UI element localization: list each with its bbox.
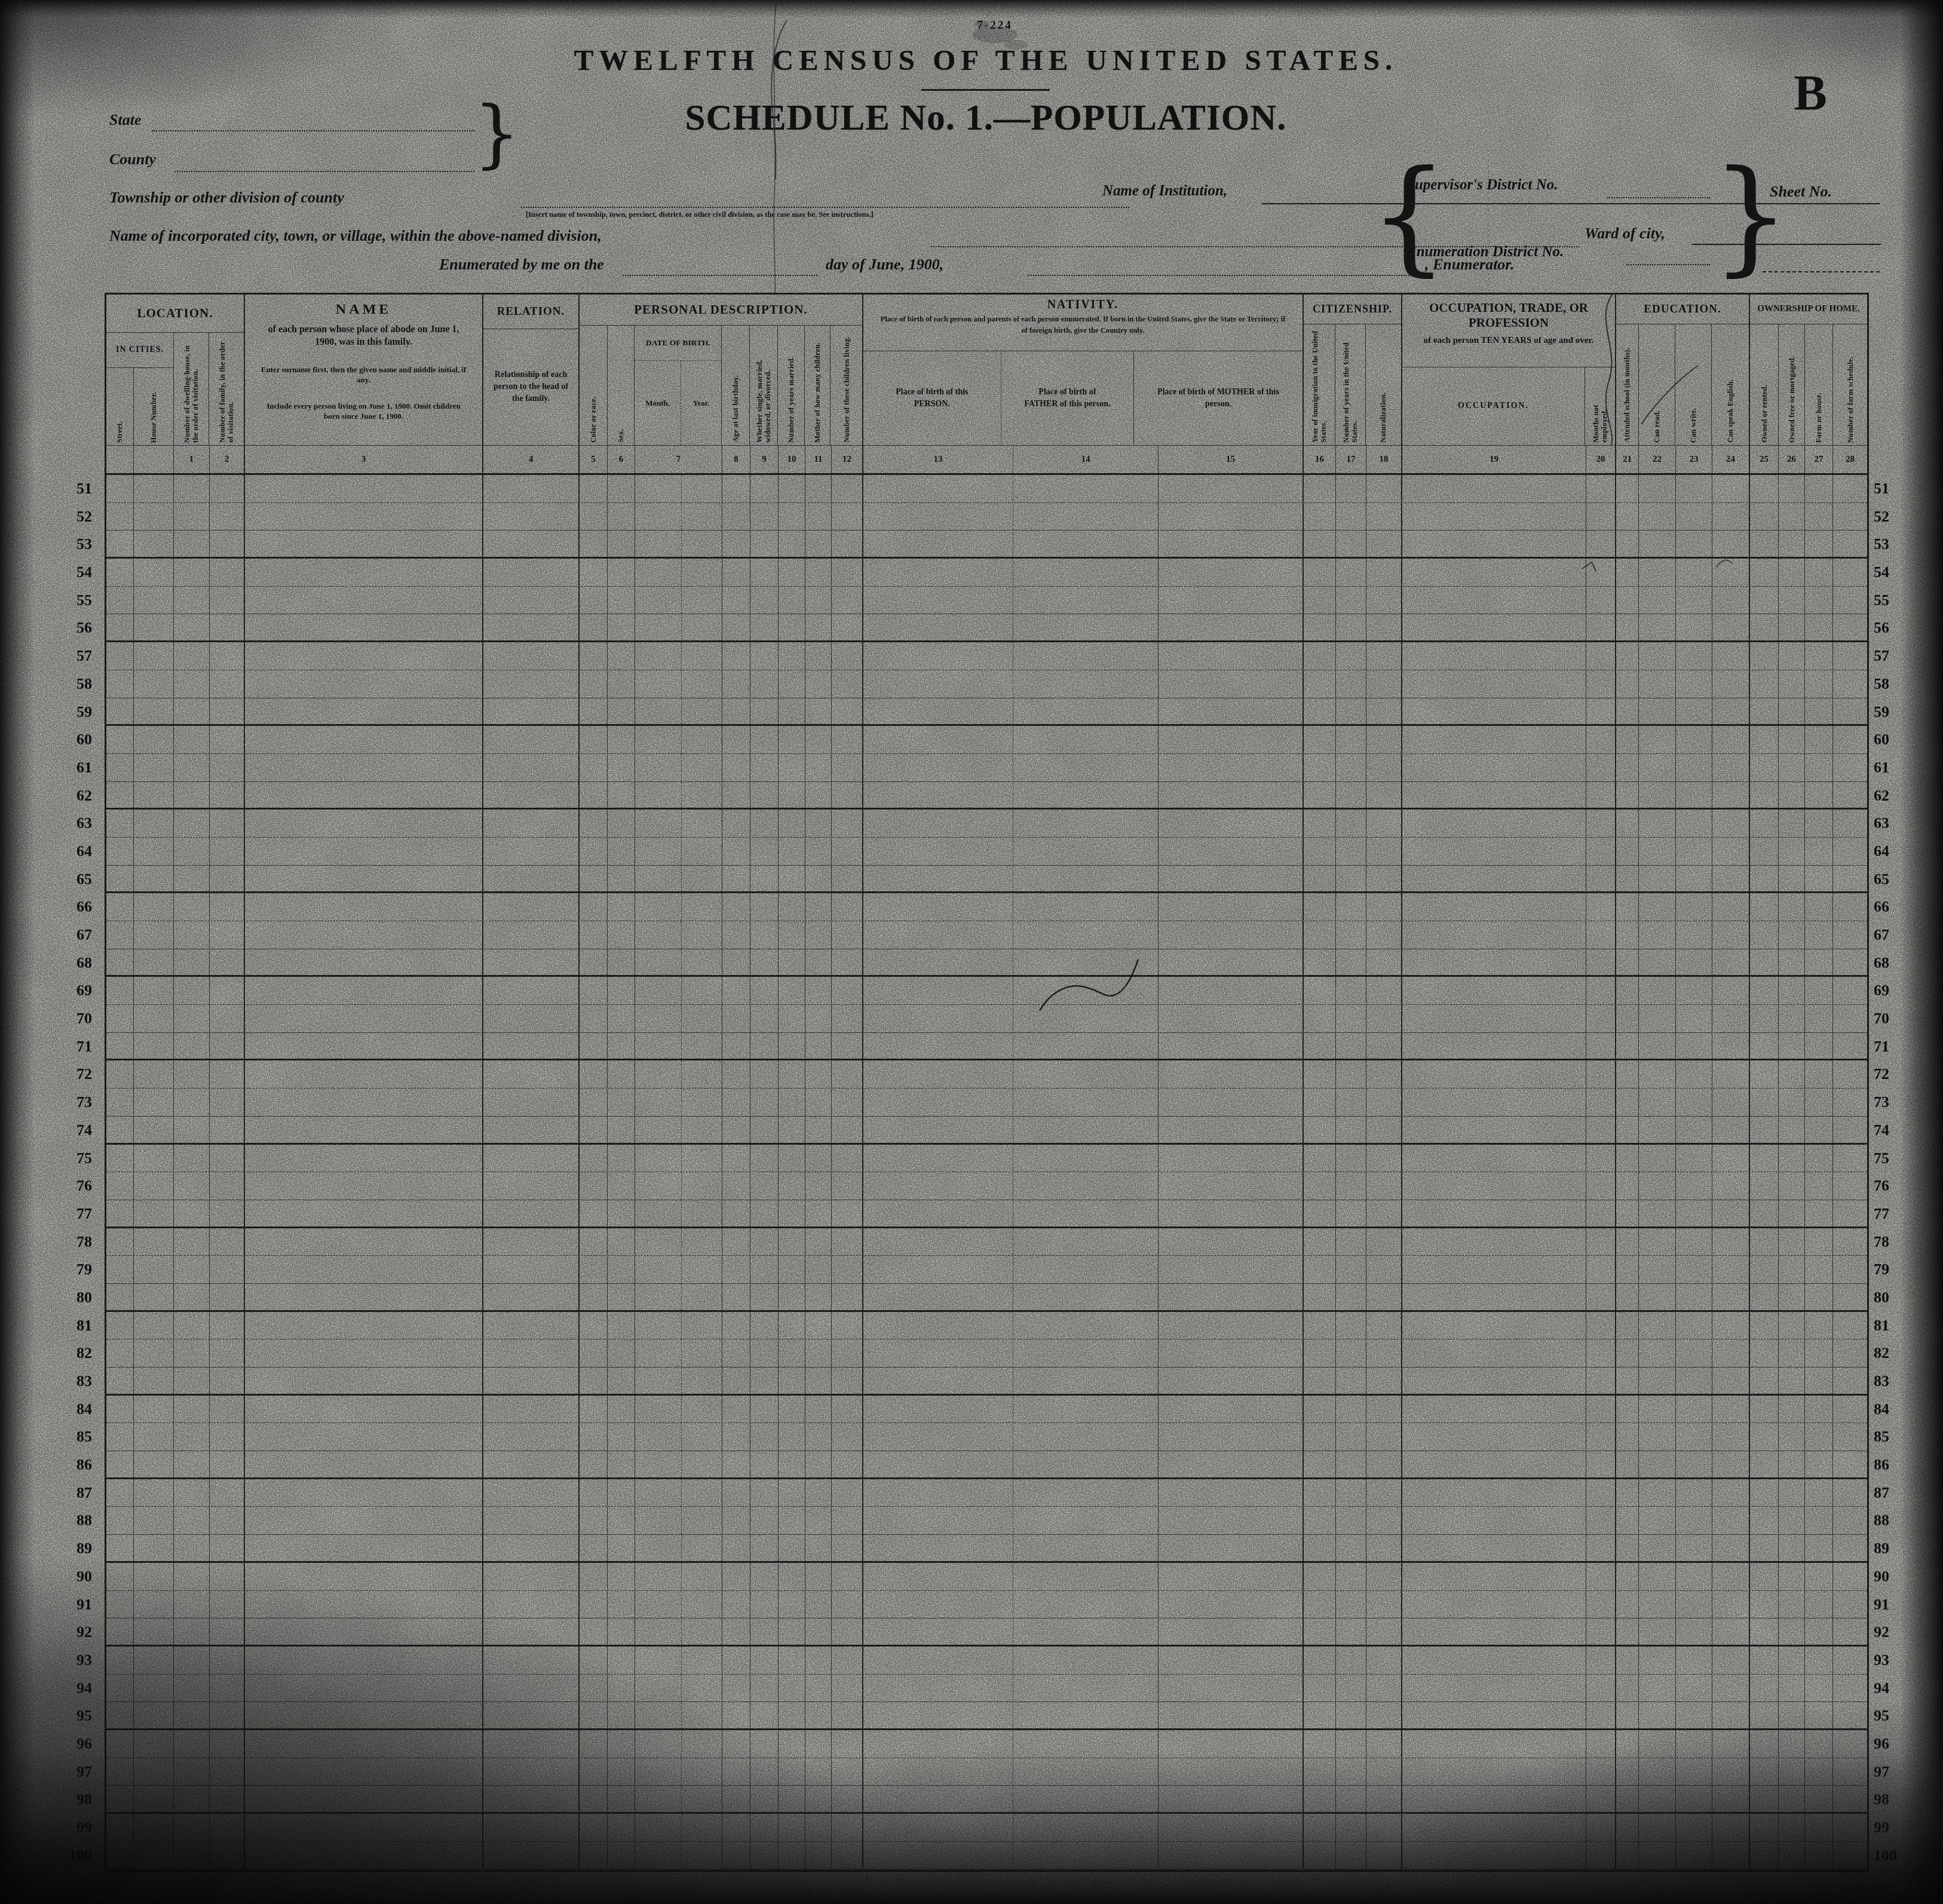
census-form-page: 7-224 TWELFTH CENSUS OF THE UNITED STATE… — [0, 0, 1943, 1904]
table-cell — [106, 1339, 134, 1367]
row-number: 71 — [1874, 1033, 1911, 1061]
table-cell — [1779, 754, 1805, 781]
table-cell — [1712, 838, 1750, 865]
table-cell — [1366, 977, 1402, 1004]
table-cell — [722, 810, 750, 837]
table-cell — [722, 587, 750, 614]
table-cell — [682, 1060, 722, 1088]
col-header-date-of-birth: DATE OF BIRTH. — [635, 326, 721, 361]
county-field-label: County — [109, 151, 156, 168]
table-cell — [722, 1479, 750, 1507]
table-cell — [1750, 1535, 1779, 1561]
table-cell — [1366, 559, 1402, 586]
table-cell — [174, 1396, 210, 1423]
table-cell — [210, 1423, 245, 1451]
table-cell — [635, 1396, 682, 1423]
table-cell — [1013, 1507, 1159, 1534]
table-cell — [779, 587, 805, 614]
table-cell — [1639, 670, 1676, 698]
scan-corner-top-left — [0, 0, 418, 119]
table-cell — [1586, 559, 1616, 586]
table-cell — [805, 782, 832, 808]
row-number: 89 — [55, 1535, 92, 1563]
table-cell — [245, 670, 483, 698]
table-cell — [483, 921, 580, 949]
table-cell — [635, 977, 682, 1004]
table-cell — [580, 754, 608, 781]
table-cell — [1779, 1675, 1805, 1702]
table-cell — [483, 698, 580, 725]
table-cell — [1639, 949, 1676, 976]
table-cell — [722, 1005, 750, 1032]
name-instruction-2: Enter surname first, then the given name… — [258, 364, 469, 385]
table-cell — [134, 1702, 174, 1728]
table-cell — [1805, 1089, 1833, 1116]
table-cell — [635, 1200, 682, 1227]
table-cell — [1304, 1479, 1336, 1507]
table-cell — [1159, 1200, 1304, 1227]
table-cell — [245, 1842, 483, 1869]
table-cell — [245, 1228, 483, 1256]
table-cell — [1833, 1758, 1867, 1786]
table-cell — [1805, 810, 1833, 837]
table-cell — [1779, 1451, 1805, 1477]
table-cell — [174, 1145, 210, 1172]
col-header-attended-school: Attended school (in months). — [1616, 324, 1639, 445]
table-cell — [832, 587, 863, 614]
table-row — [106, 1033, 1867, 1061]
table-cell — [134, 1396, 174, 1423]
table-cell — [134, 531, 174, 557]
table-cell — [1779, 1117, 1805, 1143]
table-cell — [1336, 754, 1366, 781]
table-cell — [608, 1172, 635, 1200]
col-header-house-number: House Number. — [134, 368, 173, 445]
table-row — [106, 1451, 1867, 1479]
table-cell — [1676, 1368, 1712, 1394]
table-cell — [805, 1451, 832, 1477]
table-cell — [832, 1368, 863, 1394]
column-number: 17 — [1336, 446, 1366, 473]
table-cell — [608, 866, 635, 892]
table-cell — [750, 921, 779, 949]
table-cell — [1013, 1033, 1159, 1059]
table-cell — [608, 1423, 635, 1451]
table-cell — [1013, 977, 1159, 1004]
table-cell — [174, 754, 210, 781]
table-cell — [245, 1814, 483, 1841]
group-occupation-subtitle: of each person TEN YEARS of age and over… — [1411, 335, 1607, 347]
table-cell — [1639, 1842, 1676, 1869]
table-cell — [608, 1814, 635, 1841]
table-cell — [483, 1786, 580, 1812]
table-cell — [174, 1284, 210, 1310]
table-row — [106, 754, 1867, 782]
table-cell — [608, 1507, 635, 1534]
table-cell — [1586, 1172, 1616, 1200]
table-row — [106, 1339, 1867, 1368]
table-cell — [779, 1339, 805, 1367]
table-cell — [245, 698, 483, 725]
table-cell — [483, 503, 580, 531]
table-cell — [1586, 838, 1616, 865]
table-cell — [750, 1842, 779, 1869]
table-cell — [832, 949, 863, 976]
table-cell — [1779, 531, 1805, 557]
table-cell — [1779, 559, 1805, 586]
table-cell — [483, 1507, 580, 1534]
col-header-immigration-year: Year of immigration to the United States… — [1304, 324, 1335, 445]
table-cell — [1336, 531, 1366, 557]
table-cell — [210, 977, 245, 1004]
table-cell — [1750, 1060, 1779, 1088]
table-cell — [1402, 1507, 1586, 1534]
table-cell — [608, 1060, 635, 1088]
row-number: 86 — [1874, 1451, 1911, 1479]
col-header-years-in-us: Number of years in the United States. — [1335, 324, 1365, 445]
table-cell — [779, 1535, 805, 1561]
table-cell — [1366, 1814, 1402, 1841]
row-number: 98 — [55, 1786, 92, 1814]
table-cell — [635, 1507, 682, 1534]
table-cell — [134, 754, 174, 781]
table-cell — [805, 1675, 832, 1702]
date-of-birth-subgroup: DATE OF BIRTH. Month. Year. — [635, 326, 722, 445]
table-cell — [682, 531, 722, 557]
table-cell — [1639, 1005, 1676, 1032]
table-cell — [1833, 921, 1867, 949]
table-cell — [210, 1535, 245, 1561]
table-cell — [722, 1368, 750, 1394]
group-occupation-title: OCCUPATION, TRADE, OR PROFESSION — [1411, 301, 1607, 330]
table-row — [106, 1618, 1867, 1647]
township-field-line — [521, 206, 1129, 208]
table-cell — [483, 1451, 580, 1477]
table-cell — [245, 977, 483, 1004]
table-cell — [1833, 1117, 1867, 1143]
table-cell — [174, 921, 210, 949]
table-cell — [832, 1591, 863, 1618]
table-cell — [483, 838, 580, 865]
table-cell — [134, 1339, 174, 1367]
col-header-color-race: Color or race. — [580, 326, 608, 445]
table-cell — [483, 1368, 580, 1394]
table-cell — [779, 782, 805, 808]
table-cell — [863, 1284, 1013, 1310]
row-number: 77 — [55, 1200, 92, 1228]
table-cell — [750, 559, 779, 586]
table-cell — [1779, 614, 1805, 640]
table-cell — [1366, 838, 1402, 865]
table-cell — [1013, 810, 1159, 837]
table-cell — [832, 1730, 863, 1758]
table-cell — [1750, 1423, 1779, 1451]
row-number: 61 — [55, 754, 92, 782]
table-cell — [174, 1172, 210, 1200]
table-cell — [1712, 1479, 1750, 1507]
table-cell — [245, 1368, 483, 1394]
table-cell — [245, 1200, 483, 1227]
table-cell — [805, 503, 832, 531]
table-cell — [245, 1396, 483, 1423]
table-cell — [245, 838, 483, 865]
table-cell — [1805, 1814, 1833, 1841]
table-cell — [1159, 1005, 1304, 1032]
table-cell — [832, 1618, 863, 1645]
table-cell — [106, 1228, 134, 1256]
table-cell — [134, 1842, 174, 1869]
table-cell — [1833, 1618, 1867, 1645]
table-cell — [1616, 559, 1639, 586]
schedule-title: SCHEDULE No. 1.—POPULATION. — [597, 97, 1374, 139]
table-cell — [210, 1117, 245, 1143]
table-cell — [174, 1730, 210, 1758]
table-cell — [805, 866, 832, 892]
table-cell — [1304, 1396, 1336, 1423]
table-cell — [832, 810, 863, 837]
table-cell — [1712, 921, 1750, 949]
group-location-title: LOCATION. — [106, 295, 244, 333]
table-cell — [832, 1842, 863, 1869]
table-row — [106, 1647, 1867, 1675]
table-cell — [779, 1145, 805, 1172]
table-cell — [863, 1479, 1013, 1507]
table-cell — [1616, 1563, 1639, 1590]
table-cell — [682, 1005, 722, 1032]
table-cell — [1833, 1172, 1867, 1200]
table-cell — [779, 949, 805, 976]
table-cell — [1366, 754, 1402, 781]
table-cell — [580, 1368, 608, 1394]
table-cell — [1159, 1312, 1304, 1339]
row-number: 58 — [1874, 670, 1911, 698]
table-cell — [1366, 503, 1402, 531]
table-cell — [1586, 810, 1616, 837]
table-cell — [1712, 1368, 1750, 1394]
table-cell — [805, 1842, 832, 1869]
table-cell — [1336, 949, 1366, 976]
table-cell — [750, 698, 779, 725]
table-cell — [1750, 1089, 1779, 1116]
table-cell — [1304, 1702, 1336, 1728]
table-cell — [134, 782, 174, 808]
table-cell — [1586, 754, 1616, 781]
table-cell — [1616, 1228, 1639, 1256]
table-cell — [750, 587, 779, 614]
table-cell — [106, 1730, 134, 1758]
table-cell — [863, 1396, 1013, 1423]
table-cell — [1639, 1507, 1676, 1534]
table-cell — [1402, 1647, 1586, 1674]
table-cell — [483, 1396, 580, 1423]
table-cell — [863, 949, 1013, 976]
table-cell — [210, 1256, 245, 1283]
table-cell — [863, 782, 1013, 808]
table-cell — [722, 1284, 750, 1310]
table-cell — [863, 726, 1013, 753]
table-cell — [635, 1312, 682, 1339]
table-cell — [1402, 921, 1586, 949]
table-cell — [1676, 1535, 1712, 1561]
table-cell — [1676, 559, 1712, 586]
table-cell — [722, 893, 750, 921]
table-cell — [1336, 1396, 1366, 1423]
table-cell — [1013, 1089, 1159, 1116]
row-number: 78 — [55, 1228, 92, 1256]
table-row — [106, 531, 1867, 559]
table-cell — [805, 754, 832, 781]
table-cell — [1159, 1814, 1304, 1841]
table-cell — [245, 1117, 483, 1143]
table-cell — [635, 810, 682, 837]
table-cell — [1616, 1060, 1639, 1088]
table-cell — [1712, 531, 1750, 557]
table-cell — [1402, 1675, 1586, 1702]
group-citizenship: CITIZENSHIP. Year of immigration to the … — [1304, 295, 1402, 445]
table-cell — [635, 1479, 682, 1507]
table-cell — [106, 866, 134, 892]
table-cell — [1366, 1117, 1402, 1143]
table-cell — [1833, 1702, 1867, 1728]
table-cell — [722, 782, 750, 808]
table-cell — [1366, 1730, 1402, 1758]
table-cell — [1833, 726, 1867, 753]
table-cell — [483, 866, 580, 892]
table-cell — [1402, 642, 1586, 670]
table-cell — [1336, 1060, 1366, 1088]
table-cell — [779, 1842, 805, 1869]
table-cell — [832, 1535, 863, 1561]
table-cell — [1805, 1702, 1833, 1728]
table-cell — [106, 1451, 134, 1477]
table-cell — [1366, 1284, 1402, 1310]
col-header-sex: Sex. — [608, 326, 635, 445]
table-cell — [1366, 1256, 1402, 1283]
table-cell — [1402, 1451, 1586, 1477]
enumeration-district-line — [1626, 263, 1710, 265]
table-cell — [779, 1702, 805, 1728]
table-cell — [1833, 1145, 1867, 1172]
table-cell — [1586, 1786, 1616, 1812]
table-cell — [1013, 642, 1159, 670]
table-cell — [1639, 838, 1676, 865]
table-cell — [805, 1005, 832, 1032]
table-cell — [1750, 1702, 1779, 1728]
table-cell — [832, 1172, 863, 1200]
township-field-label: Township or other division of county — [109, 189, 344, 207]
table-cell — [1616, 1172, 1639, 1200]
table-cell — [1616, 1730, 1639, 1758]
table-cell — [608, 893, 635, 921]
table-cell — [1616, 1145, 1639, 1172]
table-cell — [483, 1730, 580, 1758]
row-number: 67 — [55, 921, 92, 949]
group-occupation: OCCUPATION, TRADE, OR PROFESSION of each… — [1402, 295, 1616, 445]
col-header-street: Street. — [106, 368, 134, 445]
table-cell — [1616, 893, 1639, 921]
row-number: 63 — [55, 810, 92, 838]
table-cell — [832, 1200, 863, 1227]
column-number: 21 — [1616, 446, 1639, 473]
table-cell — [106, 782, 134, 808]
row-number: 51 — [55, 475, 92, 503]
table-cell — [1676, 1089, 1712, 1116]
table-cell — [106, 1563, 134, 1590]
table-cell — [1616, 1507, 1639, 1534]
row-number: 57 — [1874, 642, 1911, 670]
table-cell — [174, 559, 210, 586]
table-cell — [750, 949, 779, 976]
table-cell — [863, 1033, 1013, 1059]
table-cell — [1304, 1339, 1336, 1367]
table-cell — [1304, 838, 1336, 865]
row-number: 89 — [1874, 1535, 1911, 1563]
table-cell — [1805, 503, 1833, 531]
table-cell — [722, 1647, 750, 1674]
table-cell — [106, 1089, 134, 1116]
table-cell — [1750, 977, 1779, 1004]
table-cell — [245, 1005, 483, 1032]
table-cell — [608, 949, 635, 976]
table-cell — [174, 1033, 210, 1059]
table-cell — [210, 866, 245, 892]
table-cell — [106, 1618, 134, 1645]
table-cell — [134, 559, 174, 586]
table-cell — [1750, 1145, 1779, 1172]
table-cell — [1779, 1702, 1805, 1728]
table-cell — [174, 1228, 210, 1256]
column-number-row: 1234567891011121314151617181920212223242… — [106, 445, 1867, 475]
table-cell — [1676, 782, 1712, 808]
table-cell — [1159, 1647, 1304, 1674]
table-cell — [805, 475, 832, 502]
table-cell — [1805, 838, 1833, 865]
table-cell — [580, 810, 608, 837]
table-cell — [245, 1089, 483, 1116]
group-relation-title: RELATION. — [483, 295, 578, 329]
table-cell — [245, 1451, 483, 1477]
table-cell — [682, 893, 722, 921]
table-cell — [1676, 1423, 1712, 1451]
table-cell — [1805, 1117, 1833, 1143]
enumerated-by-label: Enumerated by me on the — [439, 256, 604, 274]
table-cell — [1712, 1814, 1750, 1841]
table-cell — [134, 1479, 174, 1507]
table-cell — [863, 614, 1013, 640]
table-cell — [1676, 1172, 1712, 1200]
table-cell — [1336, 1535, 1366, 1561]
table-cell — [106, 1033, 134, 1059]
table-cell — [1779, 810, 1805, 837]
row-number: 58 — [55, 670, 92, 698]
table-cell — [863, 1730, 1013, 1758]
table-cell — [210, 1647, 245, 1674]
table-cell — [608, 1730, 635, 1758]
table-cell — [1712, 1396, 1750, 1423]
table-cell — [1586, 1117, 1616, 1143]
table-cell — [1750, 893, 1779, 921]
table-cell — [1676, 1479, 1712, 1507]
table-cell — [863, 754, 1013, 781]
table-cell — [1805, 1228, 1833, 1256]
table-cell — [1750, 1339, 1779, 1367]
table-cell — [682, 1312, 722, 1339]
table-cell — [483, 1702, 580, 1728]
table-cell — [779, 1563, 805, 1590]
table-cell — [832, 1005, 863, 1032]
table-cell — [1304, 503, 1336, 531]
table-cell — [722, 1033, 750, 1059]
